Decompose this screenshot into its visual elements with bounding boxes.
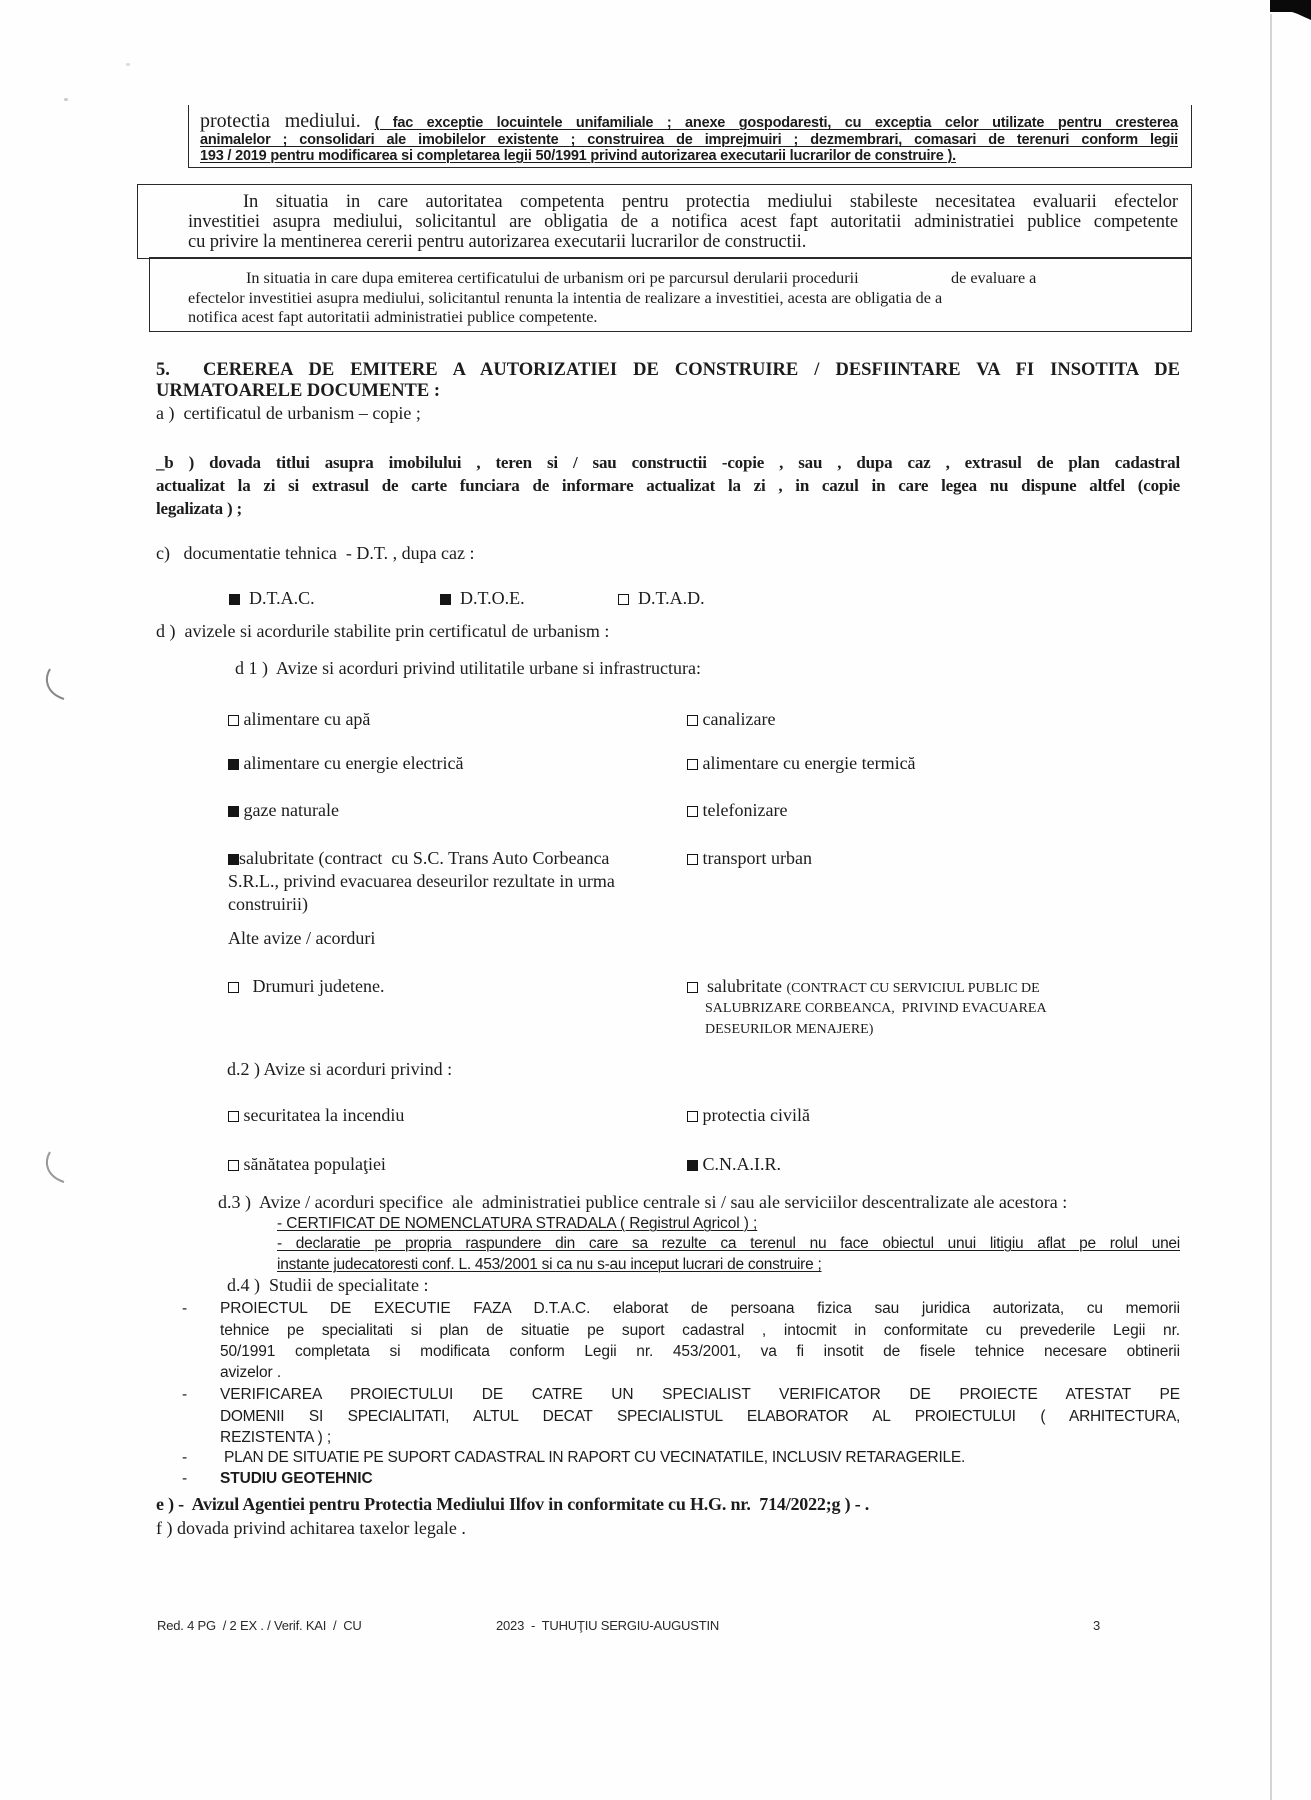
checkbox-icon	[228, 854, 239, 865]
utility-item: alimentare cu energie termică	[687, 752, 916, 774]
utility-item: canalizare	[687, 708, 775, 730]
item-b-line: legalizata ) ;	[156, 498, 242, 520]
d3-item: - declaratie pe propria raspundere din c…	[277, 1233, 1180, 1254]
bullet-marker: -	[182, 1298, 187, 1319]
item-a: a ) certificatul de urbanism – copie ;	[156, 402, 421, 424]
env-exception-text: ( fac exceptie locuintele unifamiliale ;…	[375, 115, 1178, 131]
checkbox-icon	[228, 806, 239, 817]
d2-item: sănătatea populaţiei	[228, 1153, 386, 1175]
notice-line: de evaluare a	[951, 268, 1036, 288]
checkbox-icon	[687, 1160, 698, 1171]
d4-heading: d.4 ) Studii de specialitate :	[227, 1274, 428, 1296]
utility-label: canalizare	[703, 709, 776, 729]
d2-item-label: sănătatea populaţiei	[244, 1154, 386, 1174]
utility-label: telefonizare	[703, 800, 788, 820]
punch-hole-mark	[38, 665, 72, 705]
bullet-line: DOMENII SI SPECIALITATI, ALTUL DECAT SPE…	[220, 1406, 1180, 1427]
bullet-line: VERIFICAREA PROIECTULUI DE CATRE UN SPEC…	[220, 1384, 1180, 1405]
bullet-line: PLAN DE SITUATIE PE SUPORT CADASTRAL IN …	[224, 1447, 965, 1468]
notice-line: efectelor investitiei asupra mediului, s…	[188, 288, 942, 308]
bullet-marker: -	[182, 1468, 187, 1489]
utility-item: telefonizare	[687, 799, 787, 821]
dt-option-dtac: D.T.A.C.	[229, 587, 315, 609]
utility-label: salubritate (contract cu S.C. Trans Auto…	[239, 848, 609, 868]
item-b-line: actualizat la zi si extrasul de carte fu…	[156, 475, 1180, 497]
scan-edge-line	[1270, 14, 1272, 1800]
checkbox-icon	[229, 594, 240, 605]
section-number: 5.	[156, 359, 170, 381]
utility-label-continued: construirii)	[228, 893, 308, 915]
bullet-line: STUDIU GEOTEHNIC	[220, 1468, 373, 1489]
footer-reference: Red. 4 PG / 2 EX . / Verif. KAI / CU	[157, 1616, 362, 1636]
bullet-marker: -	[182, 1447, 187, 1468]
checkbox-icon	[687, 982, 698, 993]
utility-label: alimentare cu energie termică	[703, 753, 916, 773]
checkbox-icon	[687, 715, 698, 726]
checkbox-icon	[228, 759, 239, 770]
notice-line: In situatia in care autoritatea competen…	[243, 192, 1178, 212]
d3-item-continued: instante judecatoresti conf. L. 453/2001…	[277, 1254, 822, 1275]
notice-line: cu privire la mentinerea cererii pentru …	[188, 232, 806, 252]
bullet-line: avizelor .	[220, 1362, 281, 1383]
dt-option-dtad: D.T.A.D.	[618, 587, 705, 609]
d2-item: protectia civilă	[687, 1104, 810, 1126]
utility-label: gaze naturale	[244, 800, 339, 820]
utility-item: alimentare cu apă	[228, 708, 370, 730]
checkbox-icon	[618, 594, 629, 605]
d2-item-label: securitatea la incendiu	[244, 1105, 405, 1125]
item-e: e ) - Avizul Agentiei pentru Protectia M…	[156, 1493, 869, 1515]
section-title: CEREREA DE EMITERE A AUTORIZATIEI DE CON…	[203, 359, 1180, 381]
utility-label: alimentare cu energie electrică	[244, 753, 464, 773]
other-approvals-heading: Alte avize / acorduri	[228, 927, 375, 949]
other-approval-item: Drumuri judetene.	[228, 975, 384, 997]
punch-hole-mark	[38, 1148, 72, 1188]
dt-option-dtoe: D.T.O.E.	[440, 587, 525, 609]
other-approval-label: salubritate	[707, 976, 782, 996]
d3-item: - CERTIFICAT DE NOMENCLATURA STRADALA ( …	[277, 1213, 757, 1234]
scan-speck	[64, 98, 68, 101]
utility-label-continued: S.R.L., privind evacuarea deseurilor rez…	[228, 870, 615, 892]
other-approval-item: salubritate (CONTRACT CU SERVICIUL PUBLI…	[687, 975, 1040, 999]
checkbox-icon	[687, 806, 698, 817]
dt-option-label: D.T.O.E.	[460, 588, 525, 608]
footer-author: 2023 - TUHUŢIU SERGIU-AUGUSTIN	[496, 1616, 719, 1636]
utility-item: alimentare cu energie electrică	[228, 752, 464, 774]
notice-line: In situatia in care dupa emiterea certif…	[246, 268, 859, 288]
document-page: protectia mediului. ( fac exceptie locui…	[0, 0, 1311, 1800]
utility-item: gaze naturale	[228, 799, 339, 821]
scan-speck	[126, 63, 130, 66]
utility-label: alimentare cu apă	[244, 709, 371, 729]
other-approval-label: Drumuri judetene.	[253, 976, 385, 996]
env-exception-lead: protectia mediului.	[200, 110, 361, 132]
utility-item: transport urban	[687, 847, 812, 869]
d2-item: C.N.A.I.R.	[687, 1153, 781, 1175]
checkbox-icon	[440, 594, 451, 605]
bullet-line: tehnice pe specialitati si plan de situa…	[220, 1320, 1180, 1341]
d2-item-label: protectia civilă	[703, 1105, 810, 1125]
item-d: d ) avizele si acordurile stabilite prin…	[156, 620, 609, 642]
item-b-line: _b ) dovada titlui asupra imobilului , t…	[156, 452, 1180, 474]
d2-item-label: C.N.A.I.R.	[703, 1154, 782, 1174]
bullet-line: 50/1991 completata si modificata conform…	[220, 1341, 1180, 1362]
other-approval-detail: DESEURILOR MENAJERE)	[705, 1019, 873, 1040]
checkbox-icon	[228, 982, 239, 993]
checkbox-icon	[687, 1111, 698, 1122]
other-approval-detail: (CONTRACT CU SERVICIUL PUBLIC DE	[786, 981, 1039, 996]
dt-option-label: D.T.A.C.	[249, 588, 315, 608]
section-title: URMATOARELE DOCUMENTE :	[156, 380, 440, 402]
checkbox-icon	[228, 1111, 239, 1122]
d1-heading: d 1 ) Avize si acorduri privind utilitat…	[235, 657, 701, 679]
dt-option-label: D.T.A.D.	[638, 588, 705, 608]
utility-item: salubritate (contract cu S.C. Trans Auto…	[228, 847, 609, 869]
checkbox-icon	[228, 1160, 239, 1171]
d3-heading: d.3 ) Avize / acorduri specifice ale adm…	[218, 1191, 1067, 1213]
bullet-marker: -	[182, 1384, 187, 1405]
item-f: f ) dovada privind achitarea taxelor leg…	[156, 1517, 466, 1539]
checkbox-icon	[687, 854, 698, 865]
utility-label: transport urban	[703, 848, 812, 868]
env-exception-line: 193 / 2019 pentru modificarea si complet…	[200, 147, 956, 165]
item-c: c) documentatie tehnica - D.T. , dupa ca…	[156, 542, 475, 564]
page-number: 3	[1093, 1616, 1100, 1636]
notice-line: notifica acest fapt autoritatii administ…	[188, 307, 597, 327]
bullet-line: PROIECTUL DE EXECUTIE FAZA D.T.A.C. elab…	[220, 1298, 1180, 1319]
checkbox-icon	[687, 759, 698, 770]
other-approval-detail: SALUBRIZARE CORBEANCA, PRIVIND EVACUAREA	[705, 998, 1047, 1019]
d2-item: securitatea la incendiu	[228, 1104, 404, 1126]
d2-heading: d.2 ) Avize si acorduri privind :	[227, 1058, 452, 1080]
notice-line: investitiei asupra mediului, solicitantu…	[188, 212, 1178, 232]
bullet-line: REZISTENTA ) ;	[220, 1427, 331, 1448]
checkbox-icon	[228, 715, 239, 726]
